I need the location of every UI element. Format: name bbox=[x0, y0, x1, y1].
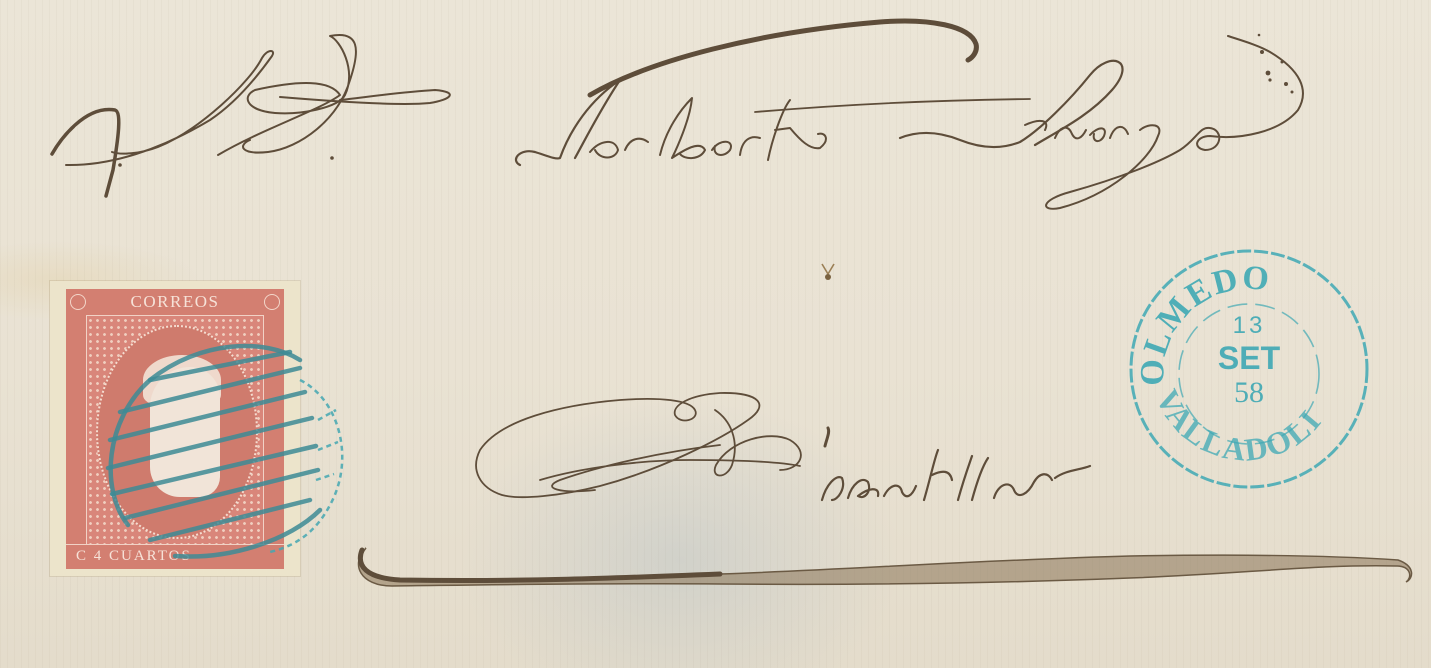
ink-speck bbox=[0, 0, 1431, 668]
postal-cover: CORREOS C 4 CUARTOS bbox=[0, 0, 1431, 668]
